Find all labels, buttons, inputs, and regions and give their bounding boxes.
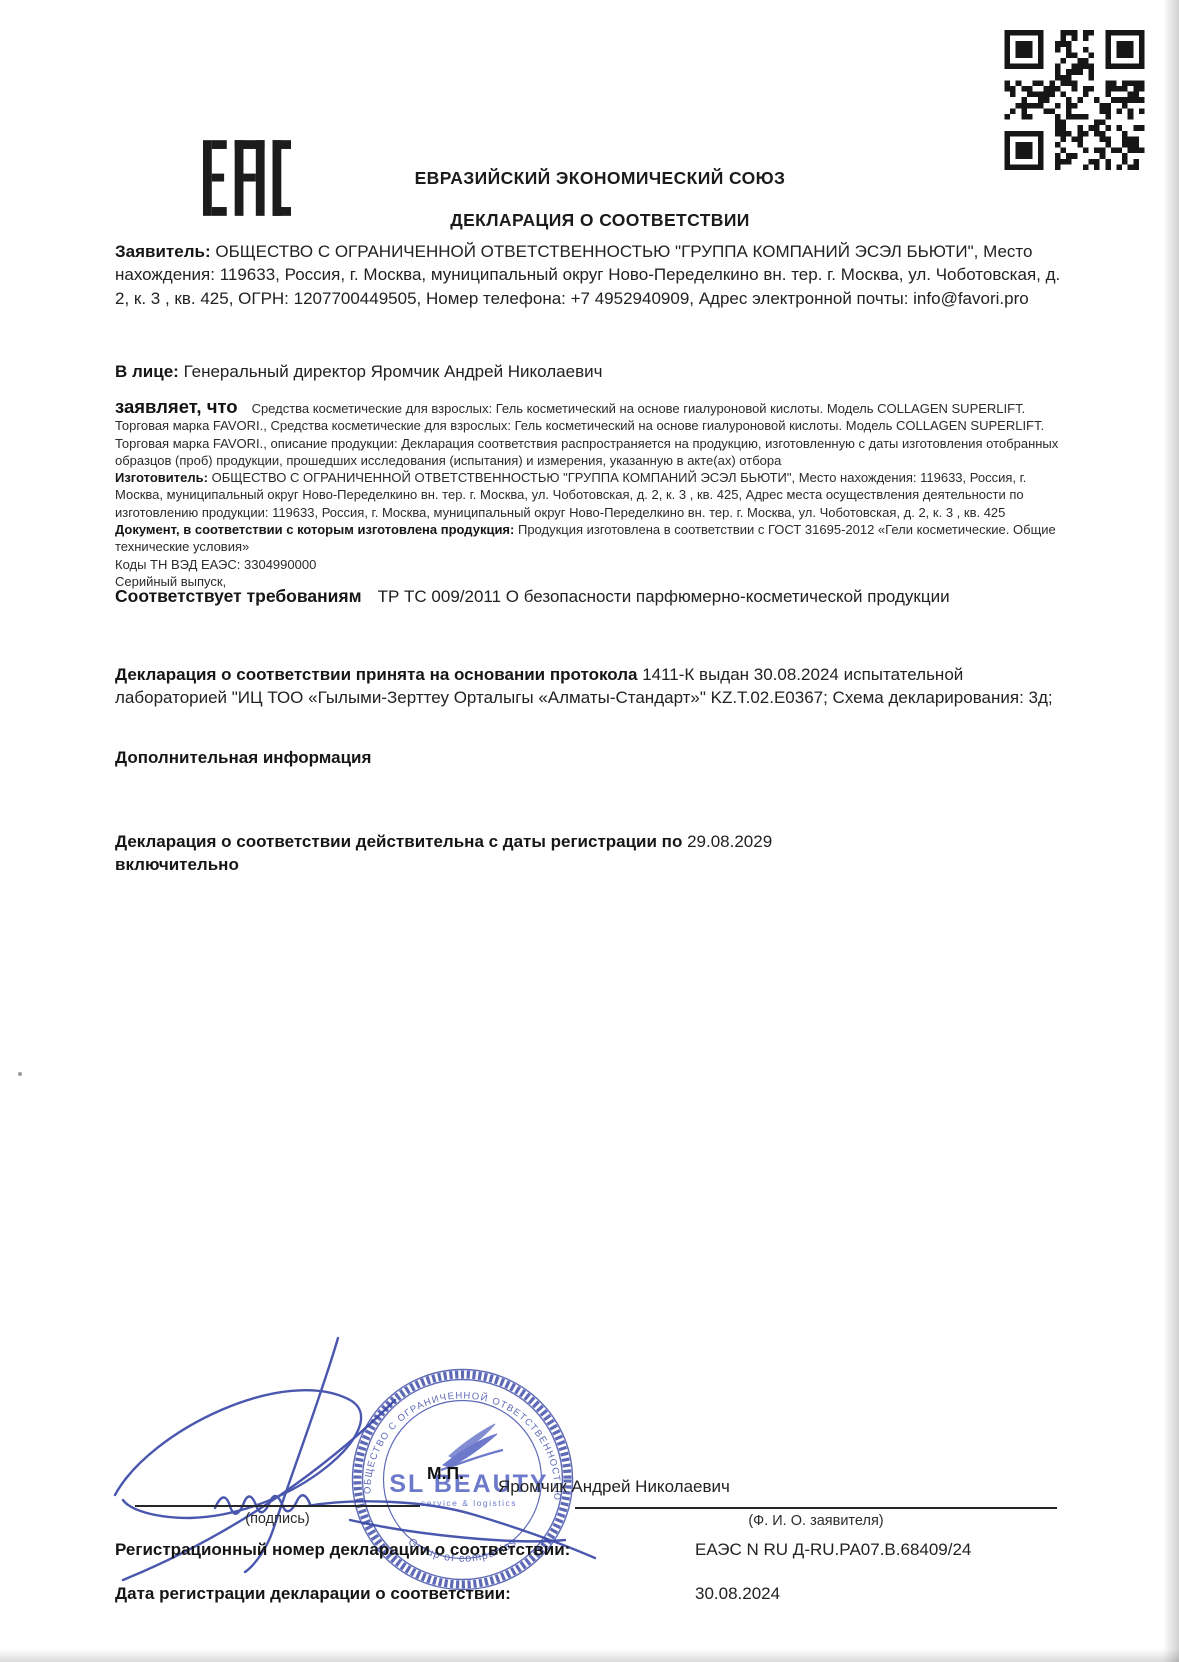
union-title: ЕВРАЗИЙСКИЙ ЭКОНОМИЧЕСКИЙ СОЮЗ: [150, 168, 1050, 189]
validity-paragraph: Декларация о соответствии действительна …: [115, 830, 1067, 877]
declaration-document: ЕВРАЗИЙСКИЙ ЭКОНОМИЧЕСКИЙ СОЮЗ ДЕКЛАРАЦИ…: [0, 0, 1179, 1662]
document-title: ДЕКЛАРАЦИЯ О СООТВЕТСТВИИ: [150, 210, 1050, 231]
registration-number-label: Регистрационный номер декларации о соотв…: [115, 1540, 570, 1560]
manufacturer-paragraph: Изготовитель: ОБЩЕСТВО С ОГРАНИЧЕННОЙ ОТ…: [115, 469, 1067, 521]
manufacturer-label: Изготовитель:: [115, 470, 208, 485]
applicant-text: ОБЩЕСТВО С ОГРАНИЧЕННОЙ ОТВЕТСТВЕННОСТЬЮ…: [115, 242, 1060, 308]
scan-edge-right: [1163, 0, 1179, 1662]
compliance-paragraph: Соответствует требованиямТР ТС 009/2011 …: [115, 585, 1067, 608]
additional-info-label: Дополнительная информация: [115, 746, 1067, 769]
applicant-paragraph: Заявитель: ОБЩЕСТВО С ОГРАНИЧЕННОЙ ОТВЕТ…: [115, 240, 1067, 310]
scan-edge-bottom: [0, 1649, 1179, 1662]
compliance-label: Соответствует требованиям: [115, 586, 362, 606]
applicant-label: Заявитель:: [115, 242, 211, 261]
fio-caption: (Ф. И. О. заявителя): [575, 1513, 1057, 1529]
production-document-label: Документ, в соответствии с которым изгот…: [115, 522, 514, 537]
in-person-paragraph: В лице: Генеральный директор Яромчик Анд…: [115, 360, 1067, 383]
seal-place-mark: М.П.: [427, 1463, 464, 1484]
validity-label: Декларация о соответствии действительна …: [115, 832, 682, 851]
tnved-codes: Коды ТН ВЭД ЕАЭС: 3304990000: [115, 556, 1067, 573]
in-person-label: В лице:: [115, 362, 179, 381]
signer-name: Яромчик Андрей Николаевич: [498, 1477, 730, 1497]
declares-product-paragraph: заявляет, чтоСредства косметические для …: [115, 398, 1067, 469]
declares-block: заявляет, чтоСредства косметические для …: [115, 398, 1067, 590]
registration-date-value: 30.08.2024: [695, 1584, 780, 1604]
in-person-text: Генеральный директор Яромчик Андрей Нико…: [184, 362, 603, 381]
declares-label: заявляет, что: [115, 396, 238, 417]
registration-date-label: Дата регистрации декларации о соответств…: [115, 1584, 511, 1604]
basis-label: Декларация о соответствии принята на осн…: [115, 665, 637, 684]
validity-suffix: включительно: [115, 853, 1067, 876]
validity-date: 29.08.2029: [687, 832, 772, 851]
signature-caption: (подпись): [135, 1511, 420, 1527]
fio-line: [575, 1507, 1057, 1509]
scan-speck: [18, 1072, 22, 1076]
registration-number-value: ЕАЭС N RU Д-RU.РА07.В.68409/24: [695, 1540, 971, 1560]
qr-code: [1002, 30, 1147, 175]
declares-product-text: Средства косметические для взрослых: Гел…: [115, 401, 1058, 468]
signature-line: [135, 1505, 420, 1507]
manufacturer-text: ОБЩЕСТВО С ОГРАНИЧЕННОЙ ОТВЕТСТВЕННОСТЬЮ…: [115, 470, 1026, 520]
compliance-text: ТР ТС 009/2011 О безопасности парфюмерно…: [378, 587, 950, 606]
production-document-paragraph: Документ, в соответствии с которым изгот…: [115, 521, 1067, 556]
basis-paragraph: Декларация о соответствии принята на осн…: [115, 663, 1067, 710]
